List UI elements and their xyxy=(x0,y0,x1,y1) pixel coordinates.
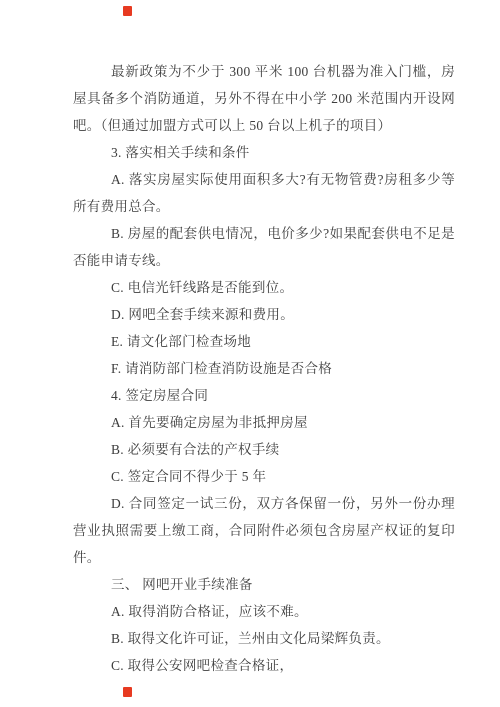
paragraph: C. 电信光钎线路是否能到位。 xyxy=(73,274,455,301)
paragraph: 三、 网吧开业手续准备 xyxy=(73,571,455,598)
red-page-marker-top-icon xyxy=(123,6,132,16)
paragraph: B. 必须要有合法的产权手续 xyxy=(73,436,455,463)
paragraph: 4. 签定房屋合同 xyxy=(73,382,455,409)
document-body: 最新政策为不少于 300 平米 100 台机器为准入门槛，房屋具备多个消防通道，… xyxy=(73,58,455,679)
paragraph: A. 首先要确定房屋为非抵押房屋 xyxy=(73,409,455,436)
paragraph: B. 取得文化许可证，兰州由文化局梁辉负责。 xyxy=(73,625,455,652)
red-page-marker-bottom-icon xyxy=(123,687,132,697)
paragraph: 3. 落实相关手续和条件 xyxy=(73,139,455,166)
paragraph: B. 房屋的配套供电情况，电价多少?如果配套供电不足是否能申请专线。 xyxy=(73,220,455,274)
paragraph: 最新政策为不少于 300 平米 100 台机器为准入门槛，房屋具备多个消防通道，… xyxy=(73,58,455,139)
paragraph: F. 请消防部门检查消防设施是否合格 xyxy=(73,355,455,382)
document-page: 最新政策为不少于 300 平米 100 台机器为准入门槛，房屋具备多个消防通道，… xyxy=(0,0,500,707)
paragraph: E. 请文化部门检查场地 xyxy=(73,328,455,355)
paragraph: A. 落实房屋实际使用面积多大?有无物管费?房租多少等所有费用总合。 xyxy=(73,166,455,220)
paragraph: D. 合同签定一试三份，双方各保留一份，另外一份办理营业执照需要上缴工商，合同附… xyxy=(73,490,455,571)
paragraph: D. 网吧全套手续来源和费用。 xyxy=(73,301,455,328)
paragraph: C. 取得公安网吧检查合格证， xyxy=(73,652,455,679)
paragraph: A. 取得消防合格证，应该不难。 xyxy=(73,598,455,625)
paragraph: C. 签定合同不得少于 5 年 xyxy=(73,463,455,490)
